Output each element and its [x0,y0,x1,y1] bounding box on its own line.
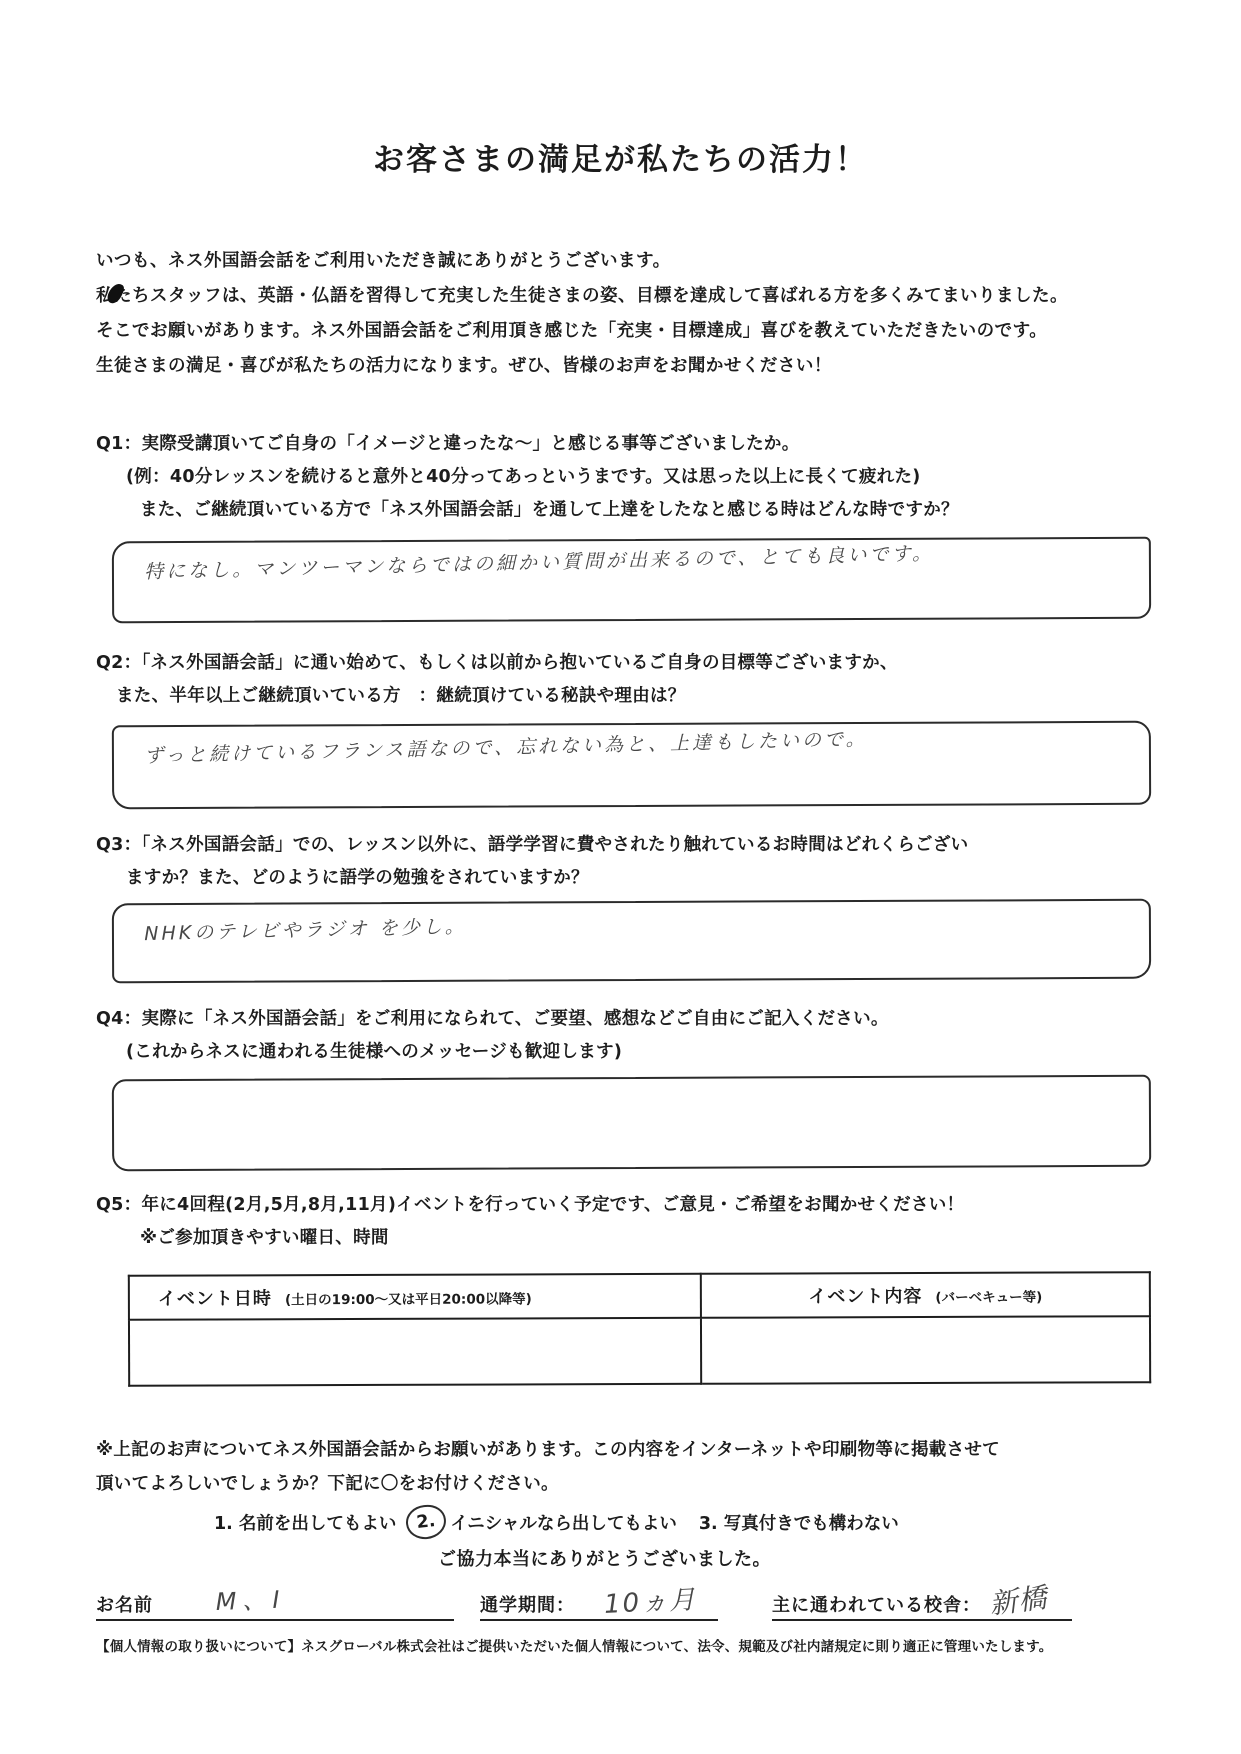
consent-option-2-number: 2. [416,1511,437,1533]
answer-box-q3: NHKのテレビやラジオ を少し。 [112,899,1151,984]
handwritten-answer-q1: 特になし。マンツーマンならではの細かい質問が出来るので、とても良いです。 [144,539,934,585]
event-datetime-note: (土日の19:00～又は平日20:00以降等) [285,1291,532,1308]
page-title: お客さまの満足が私たちの活力！ [96,138,1145,182]
question-5-note: ※ご参加頂きやすい曜日、時間 [140,1222,1145,1255]
question-5-text: Q5：年に4回程(2月,5月,8月,11月)イベントを行っていく予定です、ご意見… [96,1189,1145,1222]
handwritten-answer-q2: ずっと続けているフランス語なので、忘れない為と、上達もしたいので。 [144,724,868,768]
answer-box-q4-empty [112,1075,1151,1172]
question-1: Q1：実際受講頂いてご自身の「イメージと違ったな～」と感じる事等ございましたか。… [96,428,1145,621]
intro-line-1: いつも、ネス外国語会話をご利用いただき誠にありがとうございます。 [96,244,1145,279]
consent-option-3: 3. 写真付きでも構わない [699,1510,899,1535]
event-content-header: イベント内容 [808,1286,922,1307]
publication-consent-section: ※上記のお声についてネス外国語会話からお願いがあります。この内容をインターネット… [96,1433,1145,1571]
handwritten-answer-q3: NHKのテレビやラジオ を少し。 [144,912,467,947]
question-5: Q5：年に4回程(2月,5月,8月,11月)イベントを行っていく予定です、ご意見… [96,1189,1145,1255]
handwritten-name: M、I [215,1580,286,1617]
event-table-entry-row [129,1316,1150,1386]
intro-line-4: 生徒さまの満足・喜びが私たちの活力になります。ぜひ、皆様のお声をお聞かせください… [96,349,1145,384]
question-1-text: Q1：実際受講頂いてご自身の「イメージと違ったな～」と感じる事等ございましたか。 [96,428,1145,461]
question-1-example: (例：40分レッスンを続けると意外と40分ってあっというまです。又は思った以上に… [126,461,1145,494]
event-content-header-cell: イベント内容 (バーベキュー等) [701,1272,1150,1318]
answer-box-q1: 特になし。マンツーマンならではの細かい質問が出来るので、とても良いです。 [112,537,1151,624]
name-field: お名前 M、I [96,1582,454,1621]
intro-line-3: そこでお願いがあります。ネス外国語会話をご利用頂き感じた「充実・目標達成」喜びを… [96,314,1145,349]
event-datetime-entry-cell [129,1318,701,1386]
event-table: イベント日時 (土日の19:00～又は平日20:00以降等) イベント内容 (バ… [128,1271,1151,1387]
question-3: Q3：「ネス外国語会話」での、レッスン以外に、語学学習に費やされたり触れているお… [96,829,1145,981]
enrollment-period-label: 通学期間： [480,1591,575,1617]
question-2-text: Q2：「ネス外国語会話」に通い始めて、もしくは以前から抱いているご自身の目標等ご… [96,647,1145,680]
question-2-followup: また、半年以上ご継続頂いている方 ：継続頂けている秘訣や理由は？ [116,680,1145,713]
question-4-note: (これからネスに通われる生徒様へのメッセージも歓迎します) [126,1036,1145,1069]
question-4: Q4：実際に「ネス外国語会話」をご利用になられて、ご要望、感想などご自由にご記入… [96,1003,1145,1169]
question-4-text: Q4：実際に「ネス外国語会話」をご利用になられて、ご要望、感想などご自由にご記入… [96,1003,1145,1036]
name-label: お名前 [96,1591,153,1617]
answer-box-q2: ずっと続けているフランス語なので、忘れない為と、上達もしたいので。 [112,721,1151,810]
event-datetime-header: イベント日時 [158,1288,272,1309]
consent-option-2-text: イニシャルなら出してもよい [450,1510,676,1535]
question-3-text: Q3：「ネス外国語会話」での、レッスン以外に、語学学習に費やされたり触れているお… [96,829,1145,862]
school-field: 主に通われている校舎： 新橋 [772,1577,1072,1621]
handwritten-enrollment-period: 10ヵ月 [603,1579,698,1621]
event-content-note: (バーベキュー等) [935,1290,1042,1306]
question-1-followup: また、ご継続頂いている方で「ネス外国語会話」を通して上達をしたなと感じる時はどん… [140,494,1145,527]
circled-option-mark: 2. [405,1503,448,1541]
consent-line-2: 頂いてよろしいでしょうか？下記に〇をお付けください。 [96,1467,1145,1501]
handwritten-school: 新橋 [987,1576,1049,1623]
signature-row: お名前 M、I 通学期間： 10ヵ月 主に通われている校舎： 新橋 [96,1581,1145,1621]
consent-options: 1. 名前を出してもよい 2. イニシャルなら出してもよい 3. 写真付きでも構… [214,1503,1145,1541]
scanned-survey-form: お客さまの満足が私たちの活力！ いつも、ネス外国語会話をご利用いただき誠にありが… [0,0,1241,1754]
privacy-notice: 【個人情報の取り扱いについて】ネスグローバル株式会社はご提供いただいた個人情報に… [96,1635,1145,1655]
thank-you-message: ご協力本当にありがとうございました。 [438,1545,1145,1571]
consent-line-1: ※上記のお声についてネス外国語会話からお願いがあります。この内容をインターネット… [96,1433,1145,1467]
school-label: 主に通われている校舎： [772,1591,981,1617]
enrollment-period-field: 通学期間： 10ヵ月 [480,1580,718,1621]
intro-paragraph: いつも、ネス外国語会話をご利用いただき誠にありがとうございます。 私たちスタッフ… [96,244,1145,384]
form-content: お客さまの満足が私たちの活力！ いつも、ネス外国語会話をご利用いただき誠にありが… [0,138,1241,1655]
consent-option-1: 1. 名前を出してもよい [214,1510,396,1535]
question-2: Q2：「ネス外国語会話」に通い始めて、もしくは以前から抱いているご自身の目標等ご… [96,647,1145,807]
event-content-entry-cell [701,1316,1150,1384]
event-table-header-row: イベント日時 (土日の19:00～又は平日20:00以降等) イベント内容 (バ… [129,1272,1150,1320]
event-datetime-header-cell: イベント日時 (土日の19:00～又は平日20:00以降等) [129,1274,701,1320]
question-3-continued: ますか？また、どのように語学の勉強をされていますか？ [126,862,1145,895]
intro-line-2: 私たちスタッフは、英語・仏語を習得して充実した生徒さまの姿、目標を達成して喜ばれ… [96,279,1145,314]
